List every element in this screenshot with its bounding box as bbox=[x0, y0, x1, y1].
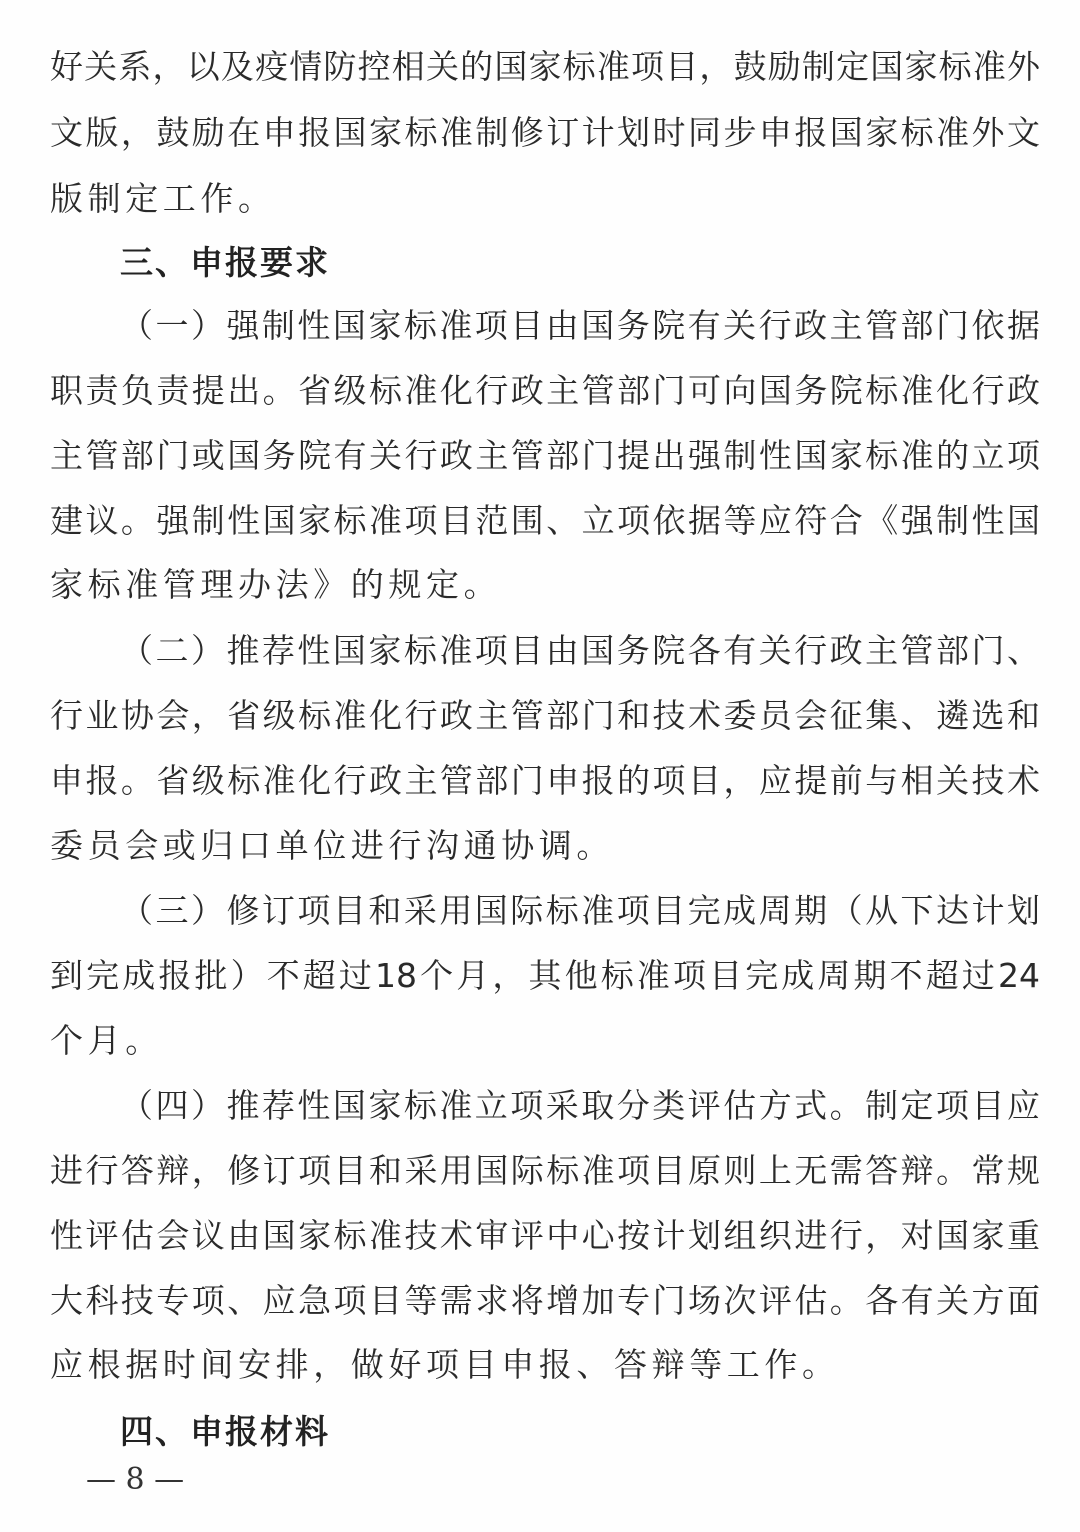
paragraph-line: 版制定工作。 bbox=[50, 174, 1040, 224]
item4-line: 进行答辩，修订项目和采用国际标准项目原则上无需答辩。常规 bbox=[50, 1146, 1040, 1196]
item3-line: 到完成报批）不超过18个月，其他标准项目完成周期不超过24 bbox=[50, 951, 1040, 1001]
section-heading-materials: 四、申报材料 bbox=[120, 1407, 330, 1457]
item3-line: 个月。 bbox=[50, 1016, 1040, 1066]
item4-line: 应根据时间安排，做好项目申报、答辩等工作。 bbox=[50, 1340, 1040, 1390]
item1-line: （一）强制性国家标准项目由国务院有关行政主管部门依据 bbox=[120, 301, 1040, 351]
section-heading-requirements: 三、申报要求 bbox=[120, 238, 330, 288]
page-number: — 8 — bbox=[86, 1460, 184, 1500]
item2-line: （二）推荐性国家标准项目由国务院各有关行政主管部门、 bbox=[120, 626, 1040, 676]
item2-line: 申报。省级标准化行政主管部门申报的项目，应提前与相关技术 bbox=[50, 756, 1040, 806]
item1-line: 职责负责提出。省级标准化行政主管部门可向国务院标准化行政 bbox=[50, 366, 1040, 416]
item2-line: 委员会或归口单位进行沟通协调。 bbox=[50, 821, 1040, 871]
item4-line: （四）推荐性国家标准立项采取分类评估方式。制定项目应 bbox=[120, 1081, 1040, 1131]
item1-line: 建议。强制性国家标准项目范围、立项依据等应符合《强制性国 bbox=[50, 496, 1040, 546]
item1-line: 家标准管理办法》的规定。 bbox=[50, 560, 1040, 610]
item3-line: （三）修订项目和采用国际标准项目完成周期（从下达计划 bbox=[120, 886, 1040, 936]
item1-line: 主管部门或国务院有关行政主管部门提出强制性国家标准的立项 bbox=[50, 431, 1040, 481]
paragraph-line: 文版，鼓励在申报国家标准制修订计划时同步申报国家标准外文 bbox=[50, 108, 1040, 158]
paragraph-line: 好关系，以及疫情防控相关的国家标准项目，鼓励制定国家标准外 bbox=[50, 42, 1040, 92]
document-page: 好关系，以及疫情防控相关的国家标准项目，鼓励制定国家标准外 文版，鼓励在申报国家… bbox=[0, 0, 1080, 1532]
item2-line: 行业协会，省级标准化行政主管部门和技术委员会征集、遴选和 bbox=[50, 691, 1040, 741]
item4-line: 性评估会议由国家标准技术审评中心按计划组织进行，对国家重 bbox=[50, 1211, 1040, 1261]
item4-line: 大科技专项、应急项目等需求将增加专门场次评估。各有关方面 bbox=[50, 1276, 1040, 1326]
